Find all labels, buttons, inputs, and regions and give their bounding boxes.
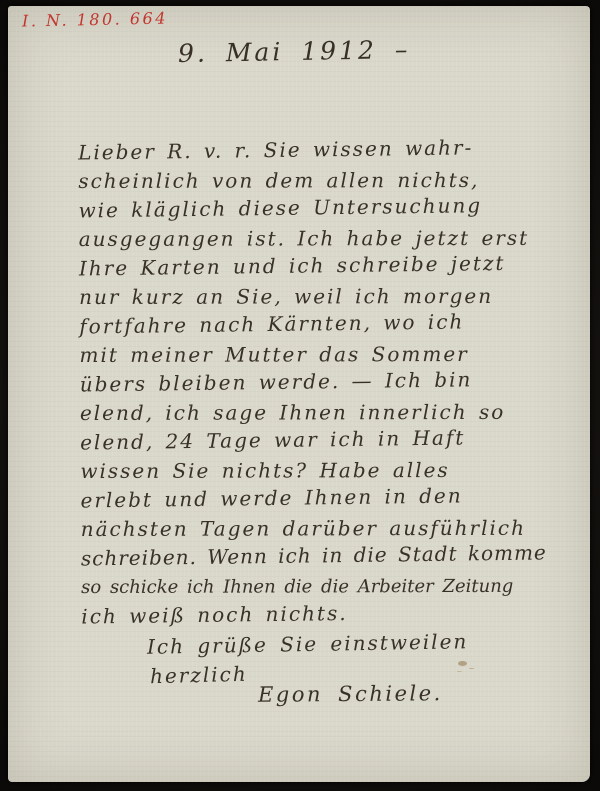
body-line: Lieber R. v. r. Sie wissen wahr- — [78, 132, 548, 167]
body-line: schreiben. Wenn ich in die Stadt komme — [81, 538, 551, 573]
body-line: ich weiß noch nichts. — [81, 596, 551, 631]
body-line: erlebt und werde Ihnen in den — [80, 480, 550, 515]
date-line: 9. Mai 1912 – — [178, 35, 411, 68]
signature: Egon Schiele. — [258, 681, 443, 707]
body-line: wie kläglich diese Untersuchung — [78, 190, 548, 225]
closing-line: Ich grüße Sie einstweilen — [147, 629, 469, 659]
closing-line: herzlich — [150, 662, 248, 689]
inventory-number: I. N. 180. 664 — [22, 8, 168, 30]
body-line: übers bleiben werde. — Ich bin — [80, 364, 550, 399]
body-line: elend, 24 Tage war ich in Haft — [80, 422, 550, 457]
stain-mark — [458, 661, 467, 666]
letter-paper: I. N. 180. 664 9. Mai 1912 – Lieber R. v… — [8, 6, 590, 782]
body-line: fortfahre nach Kärnten, wo ich — [79, 306, 549, 341]
body-line: Ihre Karten und ich schreibe jetzt — [79, 248, 549, 283]
letter-body: Lieber R. v. r. Sie wissen wahr- scheinl… — [78, 135, 551, 631]
